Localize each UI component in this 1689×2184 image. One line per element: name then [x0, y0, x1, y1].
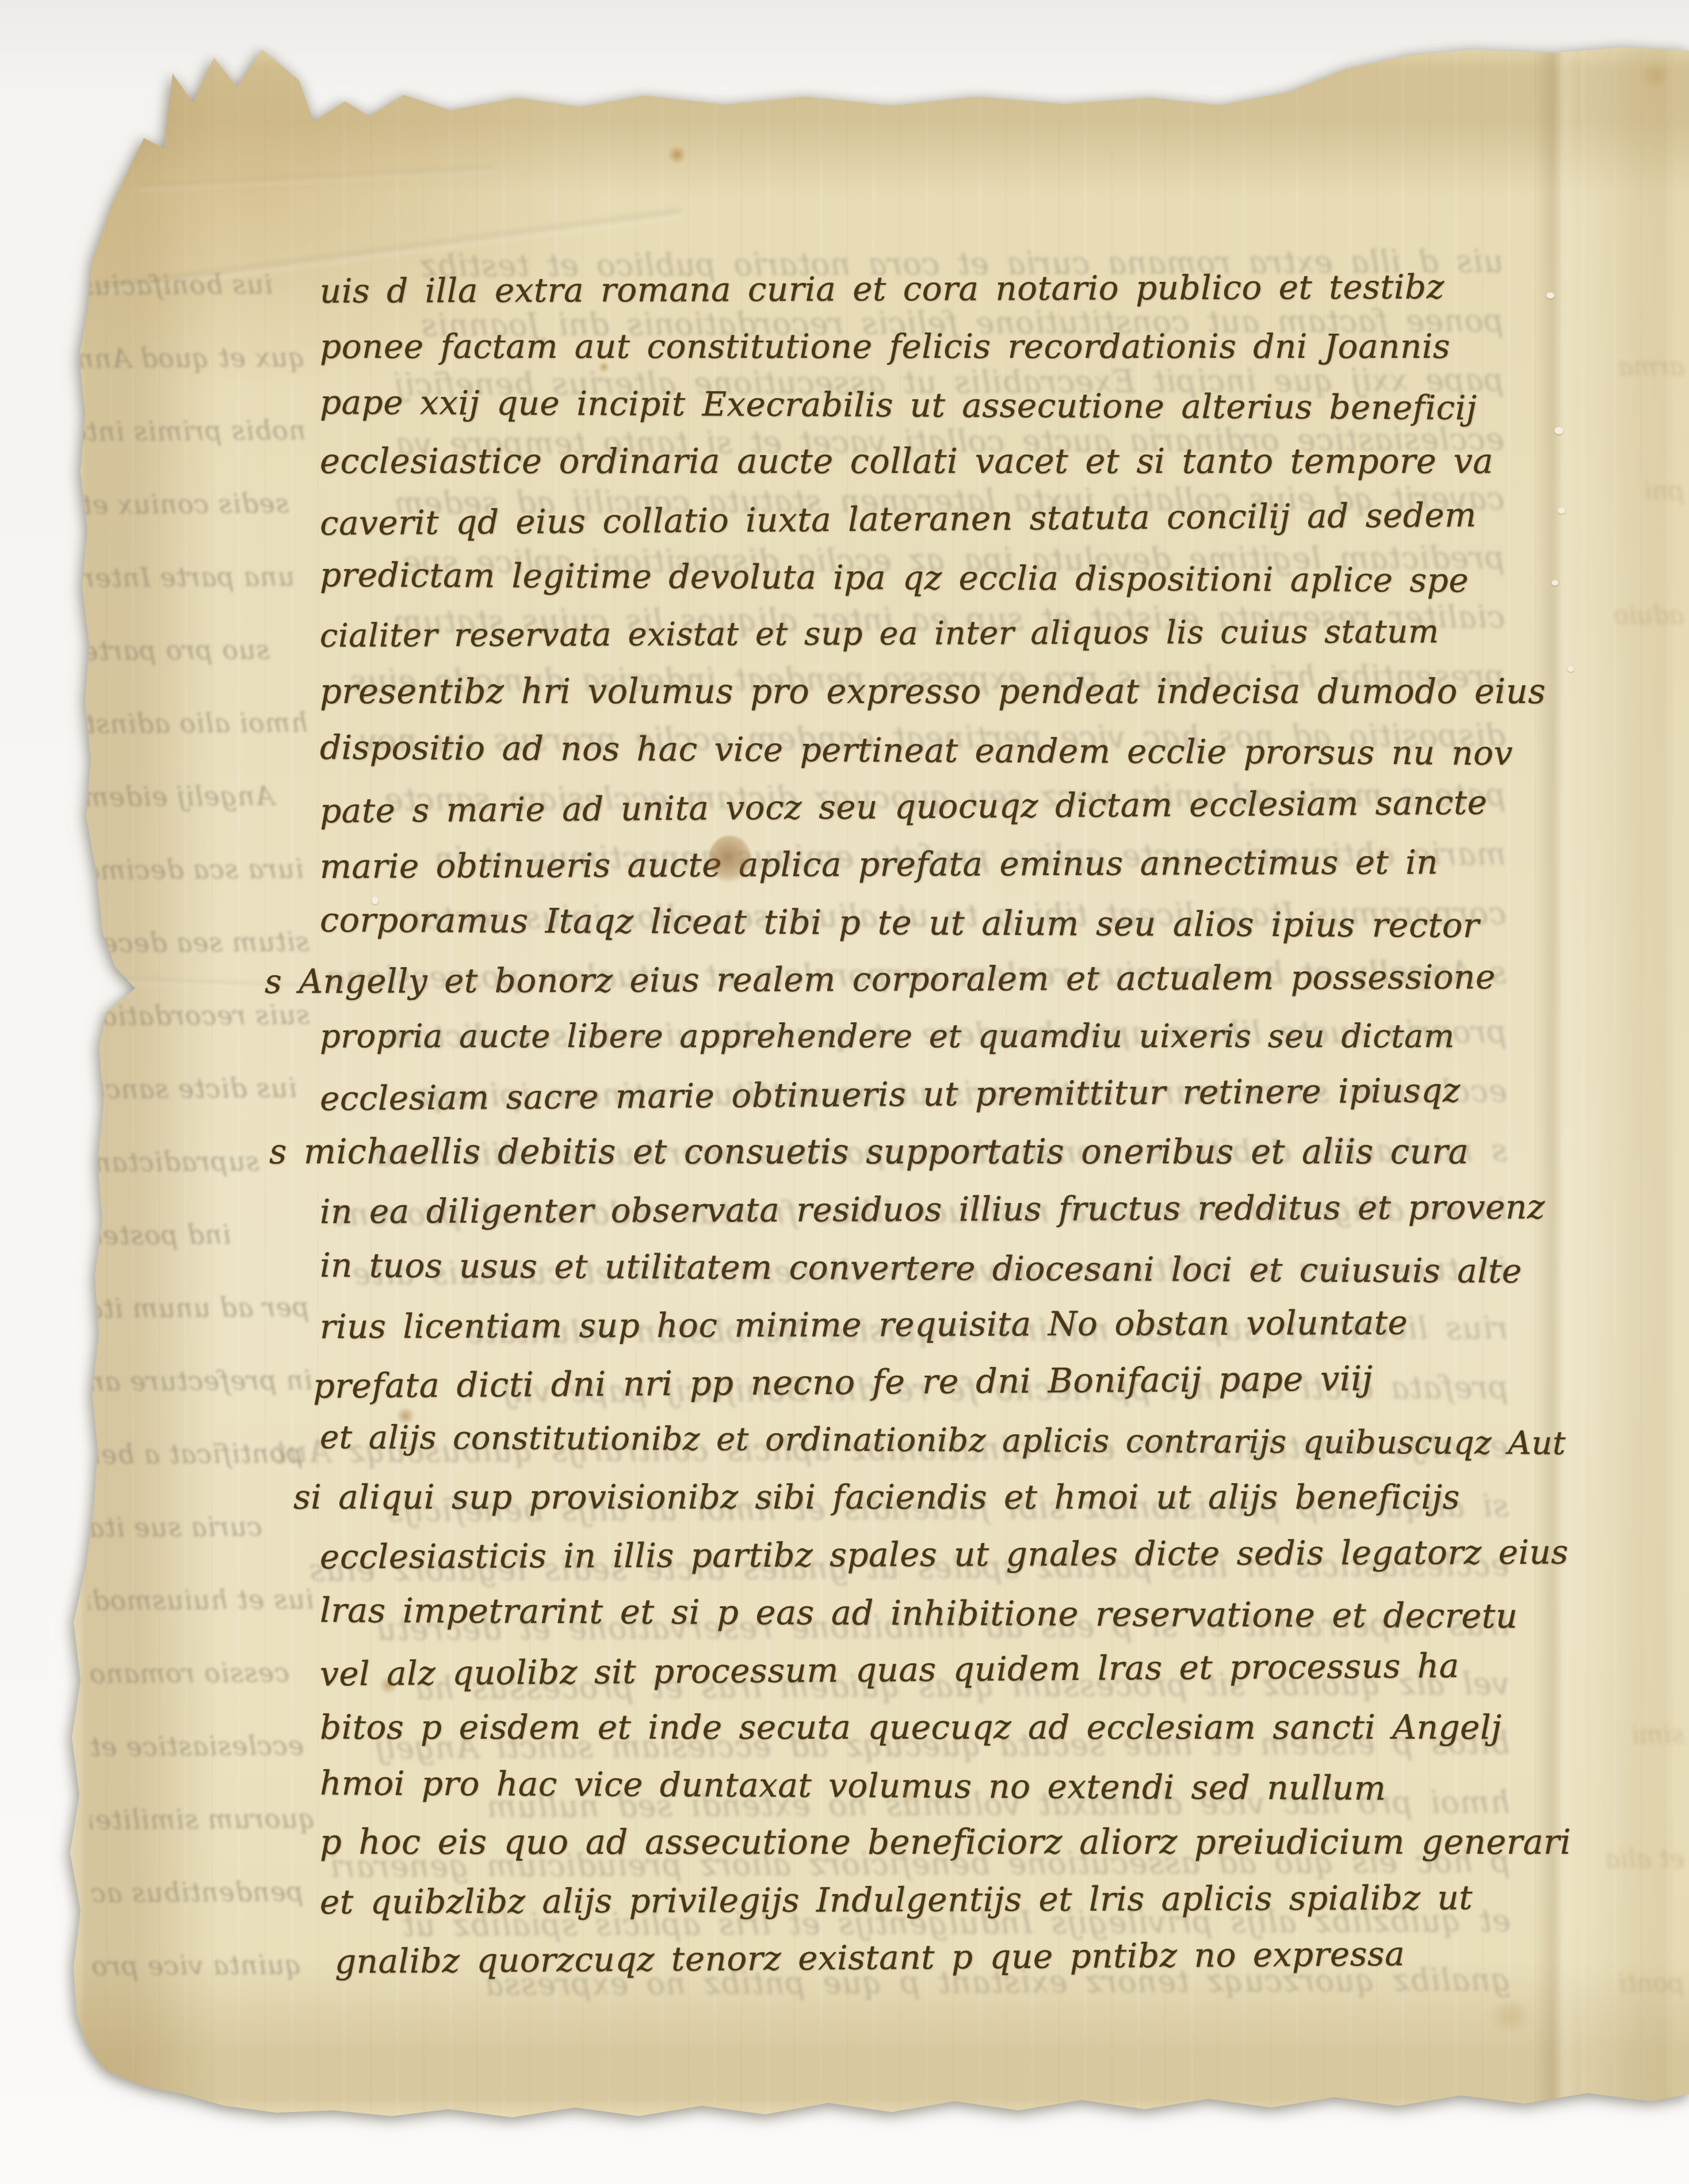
bleedthrough-margin-fragment: iura sca decima [83, 833, 309, 907]
bleedthrough-margin-fragment: pendentibus ac [90, 1855, 316, 1930]
manuscript-line: ecclesiam sacre marie obtinueris ut prem… [320, 1062, 1494, 1128]
bleedthrough-margin-fragment: ius et huiusmodi [88, 1563, 314, 1638]
manuscript-line: ponee factam aut constitutione felicis r… [320, 318, 1493, 375]
manuscript-text-block: uis d illa extra romana curia et cora no… [320, 260, 1493, 1986]
pinhole [1558, 507, 1565, 514]
bleedthrough-margin-fragment: ind postea [86, 1198, 312, 1273]
manuscript-line: gnalibz quorzcuqz tenorz existant p que … [335, 1925, 1494, 1991]
manuscript-line: in ea diligenter observata residuos illi… [320, 1178, 1493, 1240]
bleedthrough-margin-fragment: nobis primis inter [80, 394, 306, 469]
pinhole [1568, 666, 1574, 672]
scan-background: uis d illa extra romana curia et cora no… [0, 0, 1689, 2184]
manuscript-line: presentibz hri volumus pro expresso pend… [320, 663, 1493, 720]
manuscript-line: s michaellis debitis et consuetis suppor… [269, 1123, 1493, 1181]
bleedthrough-margin-fragment: hmoi alio adinstar [82, 686, 308, 761]
bleedthrough-margin-fragment: ius bonifacius [79, 248, 305, 323]
manuscript-line: hmoi pro hac vice duntaxat volumus no ex… [320, 1754, 1493, 1818]
manuscript-line: p hoc eis quo ad assecutione beneficiorz… [320, 1813, 1493, 1871]
manuscript-line: predictam legitime devoluta ipa qz eccli… [320, 546, 1493, 609]
manuscript-line: caverit qd eius collatio iuxta lateranen… [320, 486, 1494, 552]
offset-ink-fragment: et alia [1583, 1832, 1684, 1887]
manuscript-line: uis d illa extra romana curia et cora no… [320, 258, 1493, 320]
offset-ink-fragment: pni [1583, 464, 1684, 519]
manuscript-line: lras impetrarint et si p eas ad inhibiti… [320, 1582, 1493, 1645]
foxing-spot [668, 145, 686, 165]
bleedthrough-margin-fragment: sedis coniux et [81, 467, 307, 542]
manuscript-line: et alijs constitutionibz et ordinationib… [320, 1409, 1493, 1472]
pinhole [372, 896, 379, 904]
offset-ink-traces: armapniaduiosimiet aliapontiindulta [1583, 270, 1684, 2054]
bleedthrough-margin-fragment: pontificat a ber [87, 1417, 314, 1492]
manuscript-line: vel alz quolibz sit processum quas quide… [320, 1637, 1494, 1703]
manuscript-line: rius licentiam sup hoc minime requisita … [320, 1293, 1493, 1356]
manuscript-line: in tuos usus et utilitatem convertere di… [320, 1236, 1493, 1300]
bleedthrough-margin-fragment: ius dicte sancti [85, 1052, 311, 1127]
vertical-fold-crease [1535, 46, 1587, 2106]
paper-sheet: uis d illa extra romana curia et cora no… [0, 0, 1689, 2184]
bleedthrough-margin-fragment: una parte Inter [81, 540, 307, 615]
manuscript-line: ecclesiasticis in illis partibz spales u… [320, 1524, 1493, 1586]
manuscript-line: s Angelly et bonorz eius realem corporal… [265, 948, 1493, 1010]
manuscript-line: pate s marie ad unita vocz seu quocuqz d… [320, 774, 1494, 840]
manuscript-line: cialiter reservata existat et sup ea int… [320, 603, 1493, 665]
bleedthrough-margin-fragment: suo pro parte [82, 613, 308, 688]
offset-ink-fragment: aduio [1583, 588, 1684, 643]
manuscript-page: uis d illa extra romana curia et cora no… [0, 0, 1689, 2184]
manuscript-line: marie obtinueris aucte aplica prefata em… [320, 833, 1493, 895]
manuscript-line: prefata dicti dni nri pp necno fe re dni… [313, 1349, 1494, 1415]
bleedthrough-margin-fragment: per ad unum ita [86, 1271, 312, 1346]
top-left-crease-2 [138, 166, 495, 192]
bleedthrough-margin-fragment: in prefecture anno [87, 1344, 313, 1419]
bleedthrough-margin-fragment: cessio romano [89, 1636, 315, 1711]
manuscript-line: ecclesiastice ordinaria aucte collati va… [320, 433, 1493, 490]
bleedthrough-margin-fragment: quinta vice pro [91, 1929, 317, 2003]
manuscript-line: bitos p eisdem et inde secuta quecuqz ad… [320, 1698, 1493, 1756]
pinhole [1546, 292, 1554, 299]
offset-ink-fragment: simi [1583, 1708, 1684, 1763]
offset-ink-fragment: ponti [1583, 1956, 1684, 2011]
offset-ink-fragment: arma [1583, 339, 1684, 395]
bleedthrough-margin-fragment: qux et quod Anno [79, 321, 305, 396]
manuscript-line: propria aucte libere apprehendere et qua… [320, 1008, 1493, 1066]
pinhole [1552, 580, 1558, 586]
manuscript-line: si aliqui sup provisionibz sibi faciendi… [293, 1468, 1493, 1526]
bleedthrough-margin-fragment: quorum similiter [90, 1782, 316, 1857]
manuscript-line: corporamus Itaqz liceat tibi p te ut ali… [320, 891, 1493, 954]
bleedthrough-margin-fragment: Angelij eidem [83, 759, 309, 834]
manuscript-line: pape xxij que incipit Execrabilis ut ass… [320, 373, 1493, 437]
pinhole [1554, 427, 1564, 434]
manuscript-line: dispositio ad nos hac vice pertineat ean… [320, 719, 1493, 782]
bleedthrough-margin-fragment: ecclesiastice et [89, 1709, 315, 1784]
manuscript-line: et quibzlibz alijs privilegijs Indulgent… [320, 1869, 1493, 1931]
bleedthrough-margin-fragment: curia sue ita [87, 1490, 314, 1565]
